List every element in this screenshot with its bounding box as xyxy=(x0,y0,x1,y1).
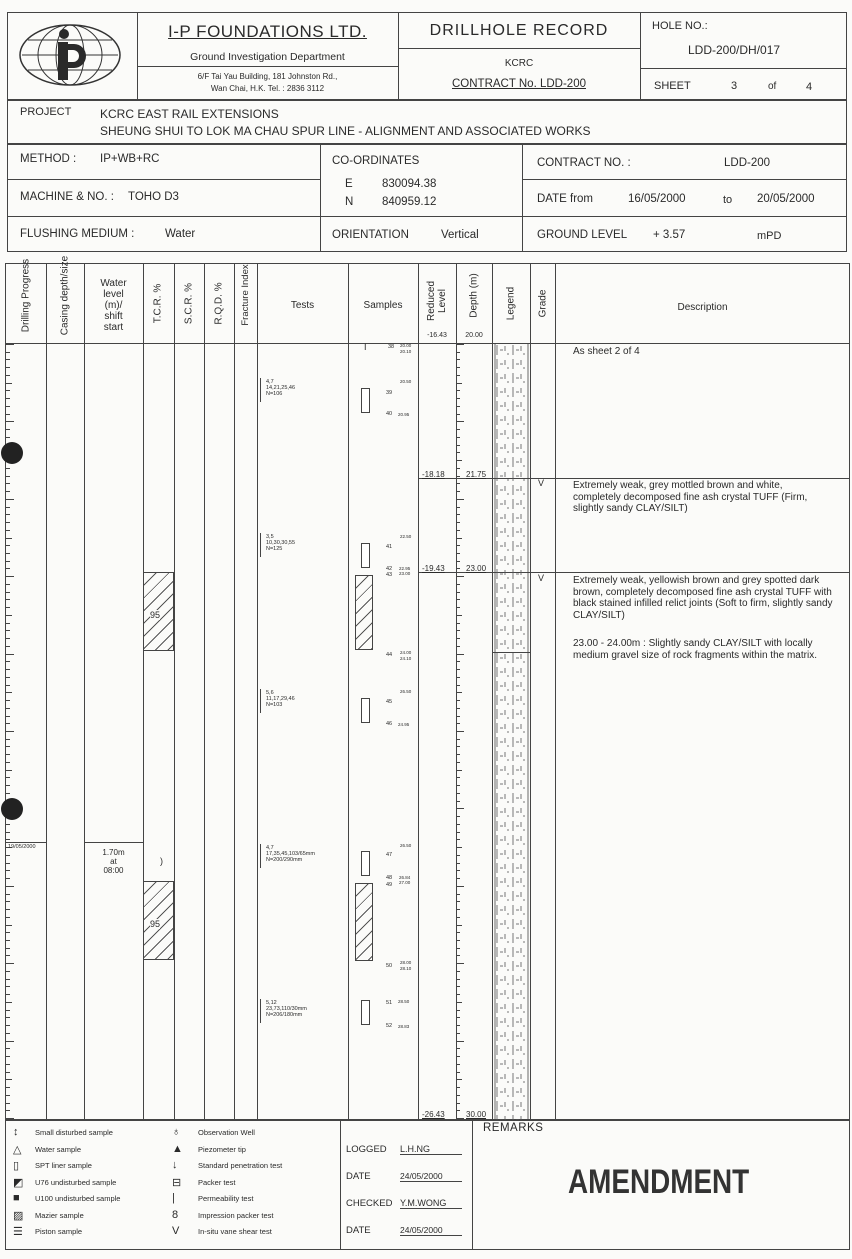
depth-start: 20.00 xyxy=(456,333,492,339)
scale-tick xyxy=(6,762,10,763)
scale-tick xyxy=(456,522,460,523)
scale-tick xyxy=(456,1110,460,1111)
key-label: Permeability test xyxy=(198,1194,253,1203)
key-label: Standard penetration test xyxy=(198,1161,282,1170)
scale-tick xyxy=(6,476,10,477)
date2-value: 24/05/2000 xyxy=(400,1225,462,1236)
spt-test-icon: ↓ xyxy=(172,1159,178,1171)
col-tcr: T.C.R. % xyxy=(153,274,164,334)
date-to-label: to xyxy=(723,194,732,206)
scale-tick xyxy=(6,661,10,662)
scale-tick xyxy=(456,994,460,995)
scale-tick xyxy=(6,1079,12,1080)
scale-tick xyxy=(456,839,460,840)
flushing-value: Water xyxy=(165,228,195,240)
scale-tick xyxy=(456,507,460,508)
sample-no: 40 xyxy=(386,411,392,417)
scale-tick xyxy=(456,406,460,407)
scale-tick xyxy=(6,1056,10,1057)
scale-tick xyxy=(456,971,460,972)
scale-tick xyxy=(456,383,462,384)
scale-tick xyxy=(456,940,460,941)
machine-label: MACHINE & NO. : xyxy=(20,191,114,203)
scale-tick xyxy=(456,568,460,569)
scale-tick xyxy=(6,754,10,755)
spt-liner-sample-icon xyxy=(361,698,370,723)
date2-label: DATE xyxy=(346,1225,371,1236)
scale-tick xyxy=(6,1025,10,1026)
scale-tick xyxy=(456,677,460,678)
test-result: 4,7 14,21,25,46 N=106 xyxy=(266,379,295,397)
scale-tick xyxy=(6,1048,10,1049)
scale-tick xyxy=(6,437,10,438)
scale-tick xyxy=(456,1103,460,1104)
scale-tick xyxy=(456,1087,460,1088)
scale-tick xyxy=(456,716,460,717)
logged-label: LOGGED xyxy=(346,1144,387,1155)
scale-tick xyxy=(456,390,460,391)
scale-tick xyxy=(6,979,10,980)
scale-tick xyxy=(6,359,10,360)
scale-tick xyxy=(6,925,12,926)
u100-sample-icon: ■ xyxy=(13,1192,20,1204)
sample-depth: 28.83 xyxy=(398,1024,409,1030)
scale-tick xyxy=(6,677,10,678)
col-scr: S.C.R. % xyxy=(184,274,195,334)
sample-no: 48 xyxy=(386,875,392,881)
sample-depth: 20.10 xyxy=(400,349,411,355)
sample-no: 50 xyxy=(386,963,392,969)
impression-packer-icon: 8 xyxy=(172,1209,178,1221)
sample-depth: 28.10 xyxy=(400,966,411,972)
key-label: Observation Well xyxy=(198,1128,255,1137)
scale-tick xyxy=(456,762,460,763)
sample-depth: 20.95 xyxy=(398,412,409,418)
scale-tick xyxy=(456,777,460,778)
scale-tick xyxy=(456,646,460,647)
scale-tick xyxy=(6,367,10,368)
sheet-label: SHEET xyxy=(654,80,691,92)
scale-tick xyxy=(6,344,14,345)
scale-tick xyxy=(456,932,460,933)
client-name: KCRC xyxy=(398,58,640,69)
scale-tick xyxy=(6,615,12,616)
scale-tick xyxy=(456,1010,460,1011)
scale-tick xyxy=(456,615,462,616)
scale-tick xyxy=(6,414,10,415)
tcr-misc: ) xyxy=(160,856,163,866)
scale-tick xyxy=(6,994,10,995)
spt-test-icon xyxy=(260,844,261,868)
key-label: Packer test xyxy=(198,1178,236,1187)
vane-shear-icon: V xyxy=(172,1225,179,1237)
remarks-label: REMARKS xyxy=(483,1122,543,1134)
strata-reduced-level: -26.43 xyxy=(422,1110,445,1119)
key-label: Water sample xyxy=(35,1145,81,1154)
scale-tick xyxy=(6,599,10,600)
piston-sample-icon: ☰ xyxy=(13,1225,23,1238)
scale-tick xyxy=(456,584,460,585)
scale-tick xyxy=(6,878,10,879)
scale-tick xyxy=(6,1072,10,1073)
scale-tick xyxy=(456,607,460,608)
sample-no: 43 xyxy=(386,572,392,578)
spt-test-icon xyxy=(260,999,261,1023)
scale-tick xyxy=(6,1041,14,1042)
strata-reduced-level: -19.43 xyxy=(422,564,445,573)
scale-tick xyxy=(6,963,14,964)
scale-tick xyxy=(456,909,460,910)
scale-tick xyxy=(456,1002,462,1003)
amendment-stamp: AMENDMENT xyxy=(568,1163,749,1202)
scale-tick xyxy=(456,491,460,492)
sample-no: 46 xyxy=(386,721,392,727)
sample-depth: 28.50 xyxy=(398,999,409,1005)
scale-tick xyxy=(6,855,10,856)
scale-tick xyxy=(456,1048,460,1049)
sample-depth: 24.10 xyxy=(400,656,411,662)
address-line2: Wan Chai, H.K. Tel. : 2836 3112 xyxy=(137,84,398,93)
scale-tick xyxy=(6,553,10,554)
key-label: Mazier sample xyxy=(35,1211,84,1220)
spt-test-icon xyxy=(260,689,261,713)
scale-tick xyxy=(456,499,464,500)
sample-depth: 26.50 xyxy=(400,689,411,695)
scale-tick xyxy=(6,793,10,794)
scale-tick xyxy=(6,940,10,941)
scale-tick xyxy=(6,1110,10,1111)
scale-tick xyxy=(456,445,460,446)
scale-tick xyxy=(456,855,460,856)
scale-tick xyxy=(456,723,460,724)
spt-liner-sample-icon xyxy=(361,543,370,568)
scale-tick xyxy=(456,452,460,453)
description-text: Extremely weak, grey mottled brown and w… xyxy=(573,480,833,515)
sample-depth: 27.00 xyxy=(399,880,410,886)
scale-tick xyxy=(6,607,10,608)
scale-tick xyxy=(456,437,460,438)
scale-tick xyxy=(6,746,10,747)
scale-tick xyxy=(456,955,460,956)
col-drilling-progress: Drilling Progress xyxy=(21,256,32,336)
key-label: SPT liner sample xyxy=(35,1161,92,1170)
sample-no: 41 xyxy=(386,544,392,550)
scale-tick xyxy=(6,491,10,492)
scale-tick xyxy=(456,468,460,469)
spt-liner-sample-icon: ▯ xyxy=(13,1159,19,1172)
sample-no: 45 xyxy=(386,699,392,705)
key-label: U100 undisturbed sample xyxy=(35,1194,120,1203)
scale-tick xyxy=(456,793,460,794)
spt-liner-sample-icon xyxy=(361,851,370,876)
sheet-no: 3 xyxy=(731,80,737,92)
sample-no: 49 xyxy=(386,882,392,888)
orientation-label: ORIENTATION xyxy=(332,229,409,241)
scale-tick xyxy=(456,553,460,554)
hole-no-label: HOLE NO.: xyxy=(652,20,708,32)
scale-tick xyxy=(6,483,10,484)
col-depth: Depth (m) xyxy=(469,266,480,326)
scale-tick xyxy=(6,1002,12,1003)
spt-liner-sample-icon xyxy=(361,1000,370,1025)
project-line2: SHEUNG SHUI TO LOK MA CHAU SPUR LINE - A… xyxy=(100,124,591,138)
description-text: Extremely weak, yellowish brown and grey… xyxy=(573,575,833,621)
scale-tick xyxy=(456,948,460,949)
sample-depth: 26.50 xyxy=(400,843,411,849)
scale-tick xyxy=(6,421,14,422)
scale-tick xyxy=(6,971,10,972)
scale-tick xyxy=(6,1017,10,1018)
scale-tick xyxy=(456,986,460,987)
scale-tick xyxy=(456,770,462,771)
scale-tick xyxy=(6,499,14,500)
reduced-level-start: -16.43 xyxy=(418,333,456,339)
scale-tick xyxy=(456,538,462,539)
scale-tick xyxy=(456,1041,464,1042)
spt-liner-sample-icon xyxy=(361,388,370,413)
scale-tick xyxy=(456,894,460,895)
scale-tick xyxy=(456,398,460,399)
log-table xyxy=(5,263,850,1120)
scale-tick xyxy=(6,1118,14,1119)
sample-no: 52 xyxy=(386,1023,392,1029)
u76-sample-icon: ◩ xyxy=(13,1176,23,1189)
col-water-level: Water level (m)/ shift start xyxy=(84,278,143,333)
scale-tick xyxy=(6,1033,10,1034)
northing-label: N xyxy=(345,196,353,208)
scale-tick xyxy=(456,979,460,980)
col-grade: Grade xyxy=(538,274,549,334)
scale-tick xyxy=(456,460,462,461)
scale-tick xyxy=(456,863,460,864)
scale-tick xyxy=(6,383,12,384)
date-from-value: 16/05/2000 xyxy=(628,193,686,205)
piezometer-tip-icon: ▲ xyxy=(172,1143,183,1155)
date1-value: 24/05/2000 xyxy=(400,1171,462,1182)
scale-tick xyxy=(456,1118,464,1119)
scale-tick xyxy=(456,483,460,484)
scale-tick xyxy=(6,646,10,647)
scale-tick xyxy=(456,375,460,376)
packer-test-icon: ⊟ xyxy=(172,1176,181,1189)
col-description: Description xyxy=(555,302,850,313)
weathering-grade: V xyxy=(538,478,544,488)
contract-no-value: LDD-200 xyxy=(724,157,770,169)
scale-tick xyxy=(6,390,10,391)
scale-tick xyxy=(456,816,460,817)
test-result: 5,12 23,73,110/30mm N=206/180mm xyxy=(266,1000,307,1018)
scale-tick xyxy=(456,592,460,593)
scale-tick xyxy=(456,359,460,360)
scale-tick xyxy=(456,739,460,740)
mazier-sample-icon xyxy=(355,883,373,961)
scale-tick xyxy=(456,514,460,515)
permeability-test-icon: | xyxy=(172,1192,175,1204)
machine-value: TOHO D3 xyxy=(128,191,179,203)
scale-tick xyxy=(456,630,460,631)
scale-tick xyxy=(456,1064,460,1065)
spt-test-icon xyxy=(260,533,261,557)
scale-tick xyxy=(6,886,14,887)
scale-tick xyxy=(6,700,10,701)
scale-tick xyxy=(456,708,460,709)
scale-tick xyxy=(6,514,10,515)
scale-tick xyxy=(456,878,460,879)
coordinates-label: CO-ORDINATES xyxy=(332,155,419,167)
weathering-grade: V xyxy=(538,573,544,583)
scale-tick xyxy=(456,1056,460,1057)
scale-tick xyxy=(6,406,10,407)
scale-tick xyxy=(456,421,464,422)
scale-tick xyxy=(6,592,10,593)
scale-tick xyxy=(456,1079,462,1080)
easting-label: E xyxy=(345,178,353,190)
checked-by: Y.M.WONG xyxy=(400,1198,462,1209)
sample-no: 38 xyxy=(388,344,394,350)
project-label: PROJECT xyxy=(20,106,71,118)
water-level-reading: 1.70m at 08:00 xyxy=(84,848,143,875)
scale-tick xyxy=(6,731,14,732)
scale-tick xyxy=(6,685,10,686)
description-text: 23.00 - 24.00m : Slightly sandy CLAY/SIL… xyxy=(573,638,833,661)
scale-tick xyxy=(6,716,10,717)
col-casing: Casing depth/size xyxy=(60,256,71,336)
key-label: Piezometer tip xyxy=(198,1145,246,1154)
scale-tick xyxy=(456,754,460,755)
water-sample-icon: △ xyxy=(13,1143,21,1156)
scale-tick xyxy=(456,599,460,600)
observation-well-icon: ♁ xyxy=(172,1126,180,1138)
strata-reduced-level: -18.18 xyxy=(422,470,445,479)
scale-tick xyxy=(456,963,464,964)
scale-tick xyxy=(6,623,10,624)
scale-tick xyxy=(6,352,10,353)
scale-tick xyxy=(456,414,460,415)
date1-label: DATE xyxy=(346,1171,371,1182)
scale-tick xyxy=(6,986,10,987)
scale-tick xyxy=(6,1064,10,1065)
scale-tick xyxy=(456,352,460,353)
test-result: 4,7 17,35,45,103/65mm N=200/290mm xyxy=(266,845,315,863)
key-label: In-situ vane shear test xyxy=(198,1227,272,1236)
key-label: Piston sample xyxy=(35,1227,82,1236)
scale-tick xyxy=(6,630,10,631)
scale-tick xyxy=(6,955,10,956)
key-label: Impression packer test xyxy=(198,1211,273,1220)
sample-no: 39 xyxy=(386,390,392,396)
test-result: 3,5 10,30,30,55 N=125 xyxy=(266,534,295,552)
checked-label: CHECKED xyxy=(346,1198,392,1209)
col-tests: Tests xyxy=(257,300,348,311)
date-from-label: DATE from xyxy=(537,193,593,205)
punch-hole xyxy=(1,442,23,464)
scale-tick xyxy=(6,723,10,724)
sheet-total: 4 xyxy=(806,81,812,93)
department-name: Ground Investigation Department xyxy=(137,51,398,63)
scale-tick xyxy=(6,398,10,399)
tcr-value: 95 xyxy=(150,919,160,929)
mazier-sample-icon: ▨ xyxy=(13,1209,23,1222)
scale-tick xyxy=(6,894,10,895)
scale-tick xyxy=(456,638,460,639)
scale-tick xyxy=(6,375,10,376)
sample-depth: 22.50 xyxy=(400,534,411,540)
scale-tick xyxy=(456,1095,460,1096)
scale-tick xyxy=(456,1017,460,1018)
scale-tick xyxy=(456,917,460,918)
scale-tick xyxy=(6,654,14,655)
company-name: I-P FOUNDATIONS LTD. xyxy=(137,22,398,42)
scale-tick xyxy=(456,661,460,662)
punch-hole xyxy=(1,798,23,820)
small-disturbed-sample-icon: I xyxy=(364,342,367,352)
scale-tick xyxy=(6,545,10,546)
scale-tick xyxy=(6,777,10,778)
easting-value: 830094.38 xyxy=(382,178,436,190)
scale-tick xyxy=(6,692,12,693)
scale-tick xyxy=(456,870,460,871)
scale-tick xyxy=(456,530,460,531)
scale-tick xyxy=(456,1072,460,1073)
scale-tick xyxy=(456,785,460,786)
ground-level-label: GROUND LEVEL xyxy=(537,229,627,241)
scale-tick xyxy=(6,584,10,585)
scale-tick xyxy=(6,785,10,786)
spt-test-icon xyxy=(260,378,261,402)
scale-tick xyxy=(456,429,460,430)
scale-tick xyxy=(6,932,10,933)
scale-tick xyxy=(456,801,460,802)
scale-tick xyxy=(456,476,460,477)
scale-tick xyxy=(456,1033,460,1034)
northing-value: 840959.12 xyxy=(382,196,436,208)
scale-tick xyxy=(456,367,460,368)
scale-tick xyxy=(6,530,10,531)
scale-tick xyxy=(456,1025,460,1026)
record-title: DRILLHOLE RECORD xyxy=(398,22,640,40)
scale-tick xyxy=(6,909,10,910)
scale-tick xyxy=(456,746,460,747)
strata-depth: 21.75 xyxy=(466,470,486,479)
contract-no-label: CONTRACT NO. : xyxy=(537,157,631,169)
scale-tick xyxy=(6,839,10,840)
geology-legend-pattern xyxy=(494,344,529,1120)
scale-tick xyxy=(456,731,464,732)
scale-tick xyxy=(456,545,460,546)
scale-tick xyxy=(456,808,464,809)
progress-date: 19/05/2000 xyxy=(8,844,36,850)
scale-tick xyxy=(6,522,10,523)
scale-tick xyxy=(6,901,10,902)
scale-tick xyxy=(6,1010,10,1011)
strata-depth: 30.00 xyxy=(466,1110,486,1119)
scale-tick xyxy=(456,654,464,655)
col-reduced-level: Reduced Level xyxy=(426,271,448,331)
scale-tick xyxy=(456,832,460,833)
scale-tick xyxy=(6,1087,10,1088)
project-line1: KCRC EAST RAIL EXTENSIONS xyxy=(100,107,279,121)
scale-tick xyxy=(456,561,460,562)
sample-no: 51 xyxy=(386,1000,392,1006)
scale-tick xyxy=(6,824,10,825)
scale-tick xyxy=(456,576,464,577)
scale-tick xyxy=(456,692,462,693)
ground-level-value: + 3.57 xyxy=(653,229,685,241)
scale-tick xyxy=(6,917,10,918)
sheet-of: of xyxy=(768,81,776,92)
logged-by: L.H.NG xyxy=(400,1144,462,1155)
scale-tick xyxy=(456,344,464,345)
